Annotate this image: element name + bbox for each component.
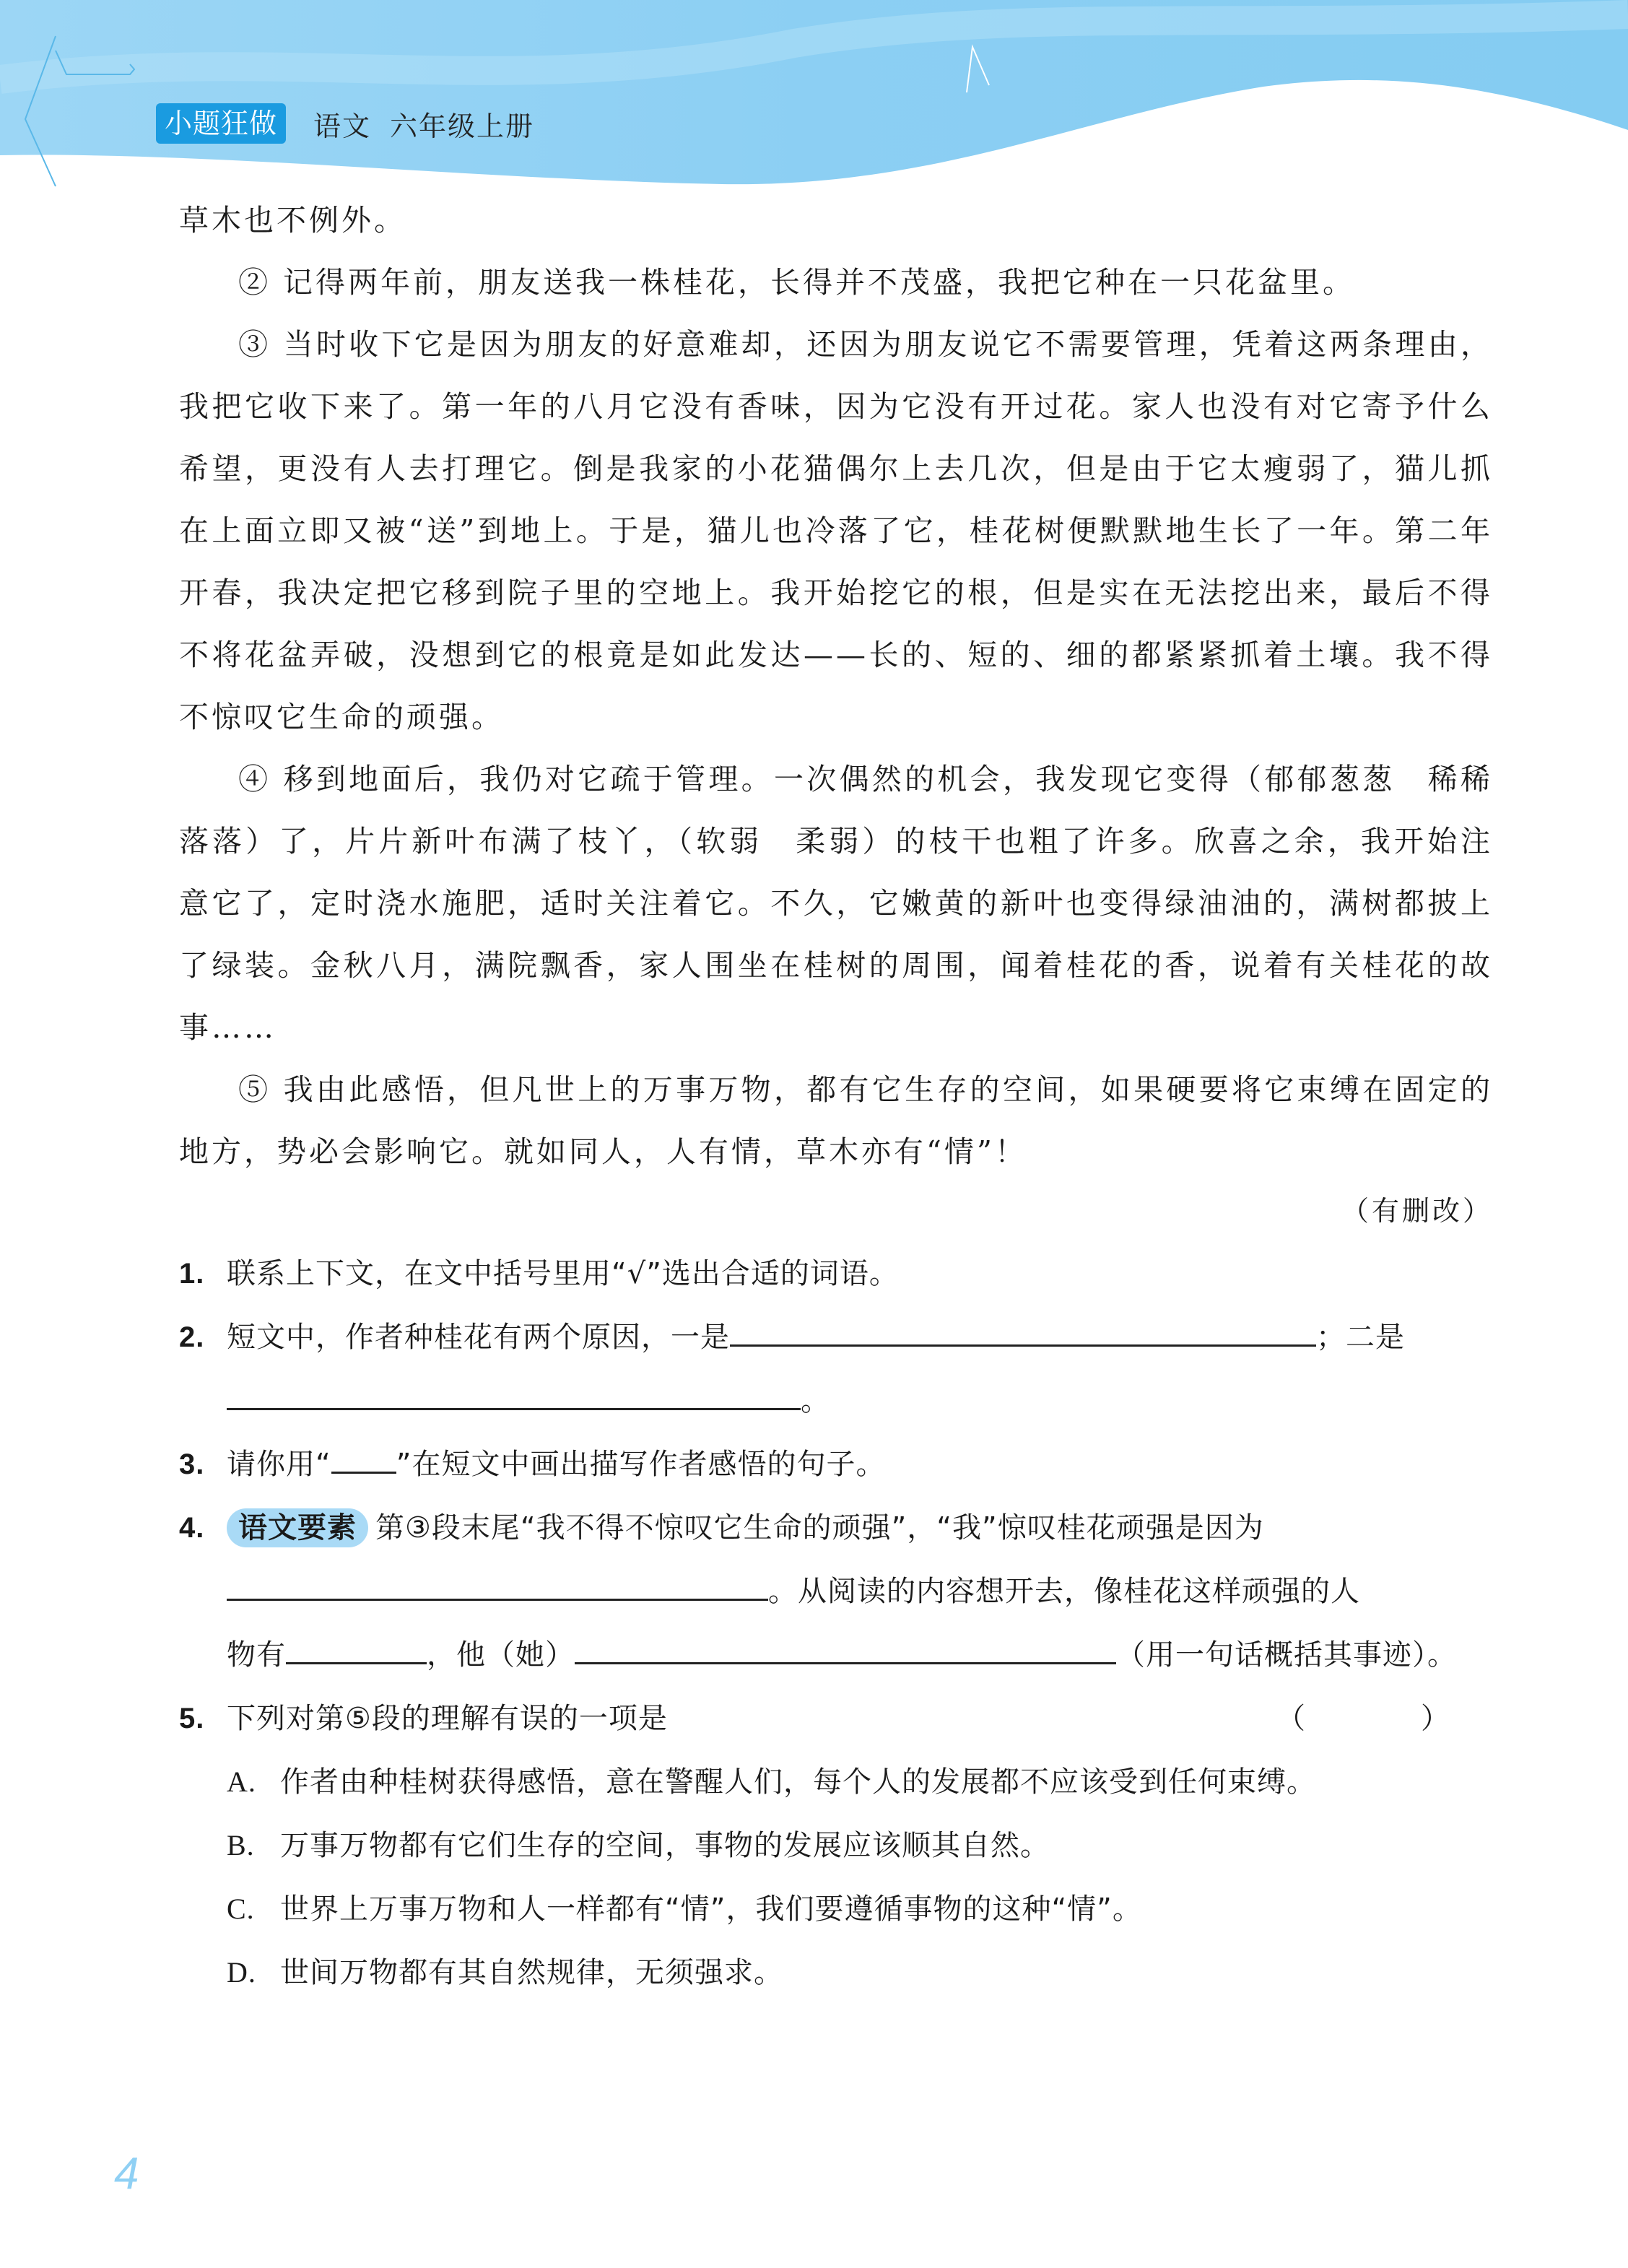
answer-blank-reason-2[interactable] xyxy=(227,1372,801,1410)
answer-paren[interactable]: （ ） xyxy=(1276,1687,1493,1750)
option-d[interactable]: D. 世间万物都有其自然规律，无须强求。 xyxy=(179,1941,1493,2004)
question-text: 下列对第⑤段的理解有误的一项是 xyxy=(227,1702,668,1735)
option-text: 万事万物都有它们生存的空间，事物的发展应该顺其自然。 xyxy=(280,1829,1050,1862)
question-text: ，他（她） xyxy=(427,1638,575,1672)
question-text: 第③段末尾“我不得不惊叹它生命的顽强”，“我”惊叹桂花顽强是因为 xyxy=(375,1511,1264,1544)
chinese-elements-tag: 语文要素 xyxy=(227,1508,368,1547)
question-5: 5. 下列对第⑤段的理解有误的一项是 （ ） xyxy=(179,1687,1493,1750)
subject-label: 语文 xyxy=(313,104,371,144)
option-text: 世间万物都有其自然规律，无须强求。 xyxy=(280,1956,783,1989)
question-number: 5. xyxy=(179,1687,204,1750)
reading-passage: 草木也不例外。 ② 记得两年前，朋友送我一株桂花，长得并不茂盛，我把它种在一只花… xyxy=(179,189,1493,1242)
grade-label: 六年级上册 xyxy=(390,104,534,144)
question-3: 3. 请你用“”在短文中画出描写作者感悟的句子。 xyxy=(179,1433,1493,1496)
passage-paragraph-4: ④ 移到地面后，我仍对它疏于管理。一次偶然的机会，我发现它变得（郁郁葱葱 稀稀落… xyxy=(179,748,1493,1059)
question-2: 2. 短文中，作者种桂花有两个原因，一是；二是 。 xyxy=(179,1305,1493,1433)
passage-paragraph-2: ② 记得两年前，朋友送我一株桂花，长得并不茂盛，我把它种在一只花盆里。 xyxy=(179,251,1493,313)
question-text: 。 xyxy=(801,1384,830,1417)
question-1: 1. 联系上下文，在文中括号里用“√”选出合适的词语。 xyxy=(179,1242,1493,1305)
answer-blank-deed[interactable] xyxy=(575,1626,1116,1664)
question-number: 3. xyxy=(179,1433,204,1496)
question-text: 联系上下文，在文中括号里用“√”选出合适的词语。 xyxy=(227,1257,899,1290)
question-text: 请你用“ xyxy=(227,1448,331,1481)
page-number: 4 xyxy=(114,2148,139,2199)
question-number: 1. xyxy=(179,1242,204,1305)
passage-paragraph-5: ⑤ 我由此感悟，但凡世上的万事万物，都有它生存的空间，如果硬要将它束缚在固定的地… xyxy=(179,1059,1493,1183)
questions: 1. 联系上下文，在文中括号里用“√”选出合适的词语。 2. 短文中，作者种桂花… xyxy=(179,1242,1493,2004)
source-note: （有删改） xyxy=(179,1180,1493,1242)
question-number: 4. xyxy=(179,1496,204,1560)
answer-blank-reason-1[interactable] xyxy=(730,1308,1316,1347)
page-content: 草木也不例外。 ② 记得两年前，朋友送我一株桂花，长得并不茂盛，我把它种在一只花… xyxy=(179,189,1493,2004)
question-text: 物有 xyxy=(227,1638,286,1672)
question-text: 。从阅读的内容想开去，像桂花这样顽强的人 xyxy=(768,1575,1360,1608)
answer-blank-reason[interactable] xyxy=(227,1563,768,1601)
page-header: 小题狂做 语文 六年级上册 xyxy=(156,103,534,144)
option-label: D. xyxy=(227,1941,256,2004)
option-text: 作者由种桂树获得感悟，意在警醒人们，每个人的发展都不应该受到任何束缚。 xyxy=(280,1765,1316,1799)
option-text: 世界上万事万物和人一样都有“情”，我们要遵循事物的这种“情”。 xyxy=(280,1893,1142,1926)
question-text: ”在短文中画出描写作者感悟的句子。 xyxy=(396,1448,886,1481)
answer-blank-person[interactable] xyxy=(286,1626,427,1664)
question-text: ；二是 xyxy=(1316,1321,1405,1354)
series-badge: 小题狂做 xyxy=(156,103,286,144)
question-number: 2. xyxy=(179,1305,204,1369)
option-label: C. xyxy=(227,1877,255,1941)
option-label: B. xyxy=(227,1814,255,1877)
option-b[interactable]: B. 万事万物都有它们生存的空间，事物的发展应该顺其自然。 xyxy=(179,1814,1493,1877)
question-4: 4. 语文要素第③段末尾“我不得不惊叹它生命的顽强”，“我”惊叹桂花顽强是因为 … xyxy=(179,1496,1493,1687)
passage-paragraph-3: ③ 当时收下它是因为朋友的好意难却，还因为朋友说它不需要管理，凭着这两条理由，我… xyxy=(179,313,1493,748)
question-text: 短文中，作者种桂花有两个原因，一是 xyxy=(227,1321,730,1354)
option-c[interactable]: C. 世界上万事万物和人一样都有“情”，我们要遵循事物的这种“情”。 xyxy=(179,1877,1493,1941)
option-a[interactable]: A. 作者由种桂树获得感悟，意在警醒人们，每个人的发展都不应该受到任何束缚。 xyxy=(179,1750,1493,1814)
option-label: A. xyxy=(227,1750,256,1814)
underline-sample xyxy=(331,1435,396,1474)
question-text: （用一句话概括其事迹）。 xyxy=(1116,1638,1457,1672)
passage-line-1: 草木也不例外。 xyxy=(179,189,1493,251)
